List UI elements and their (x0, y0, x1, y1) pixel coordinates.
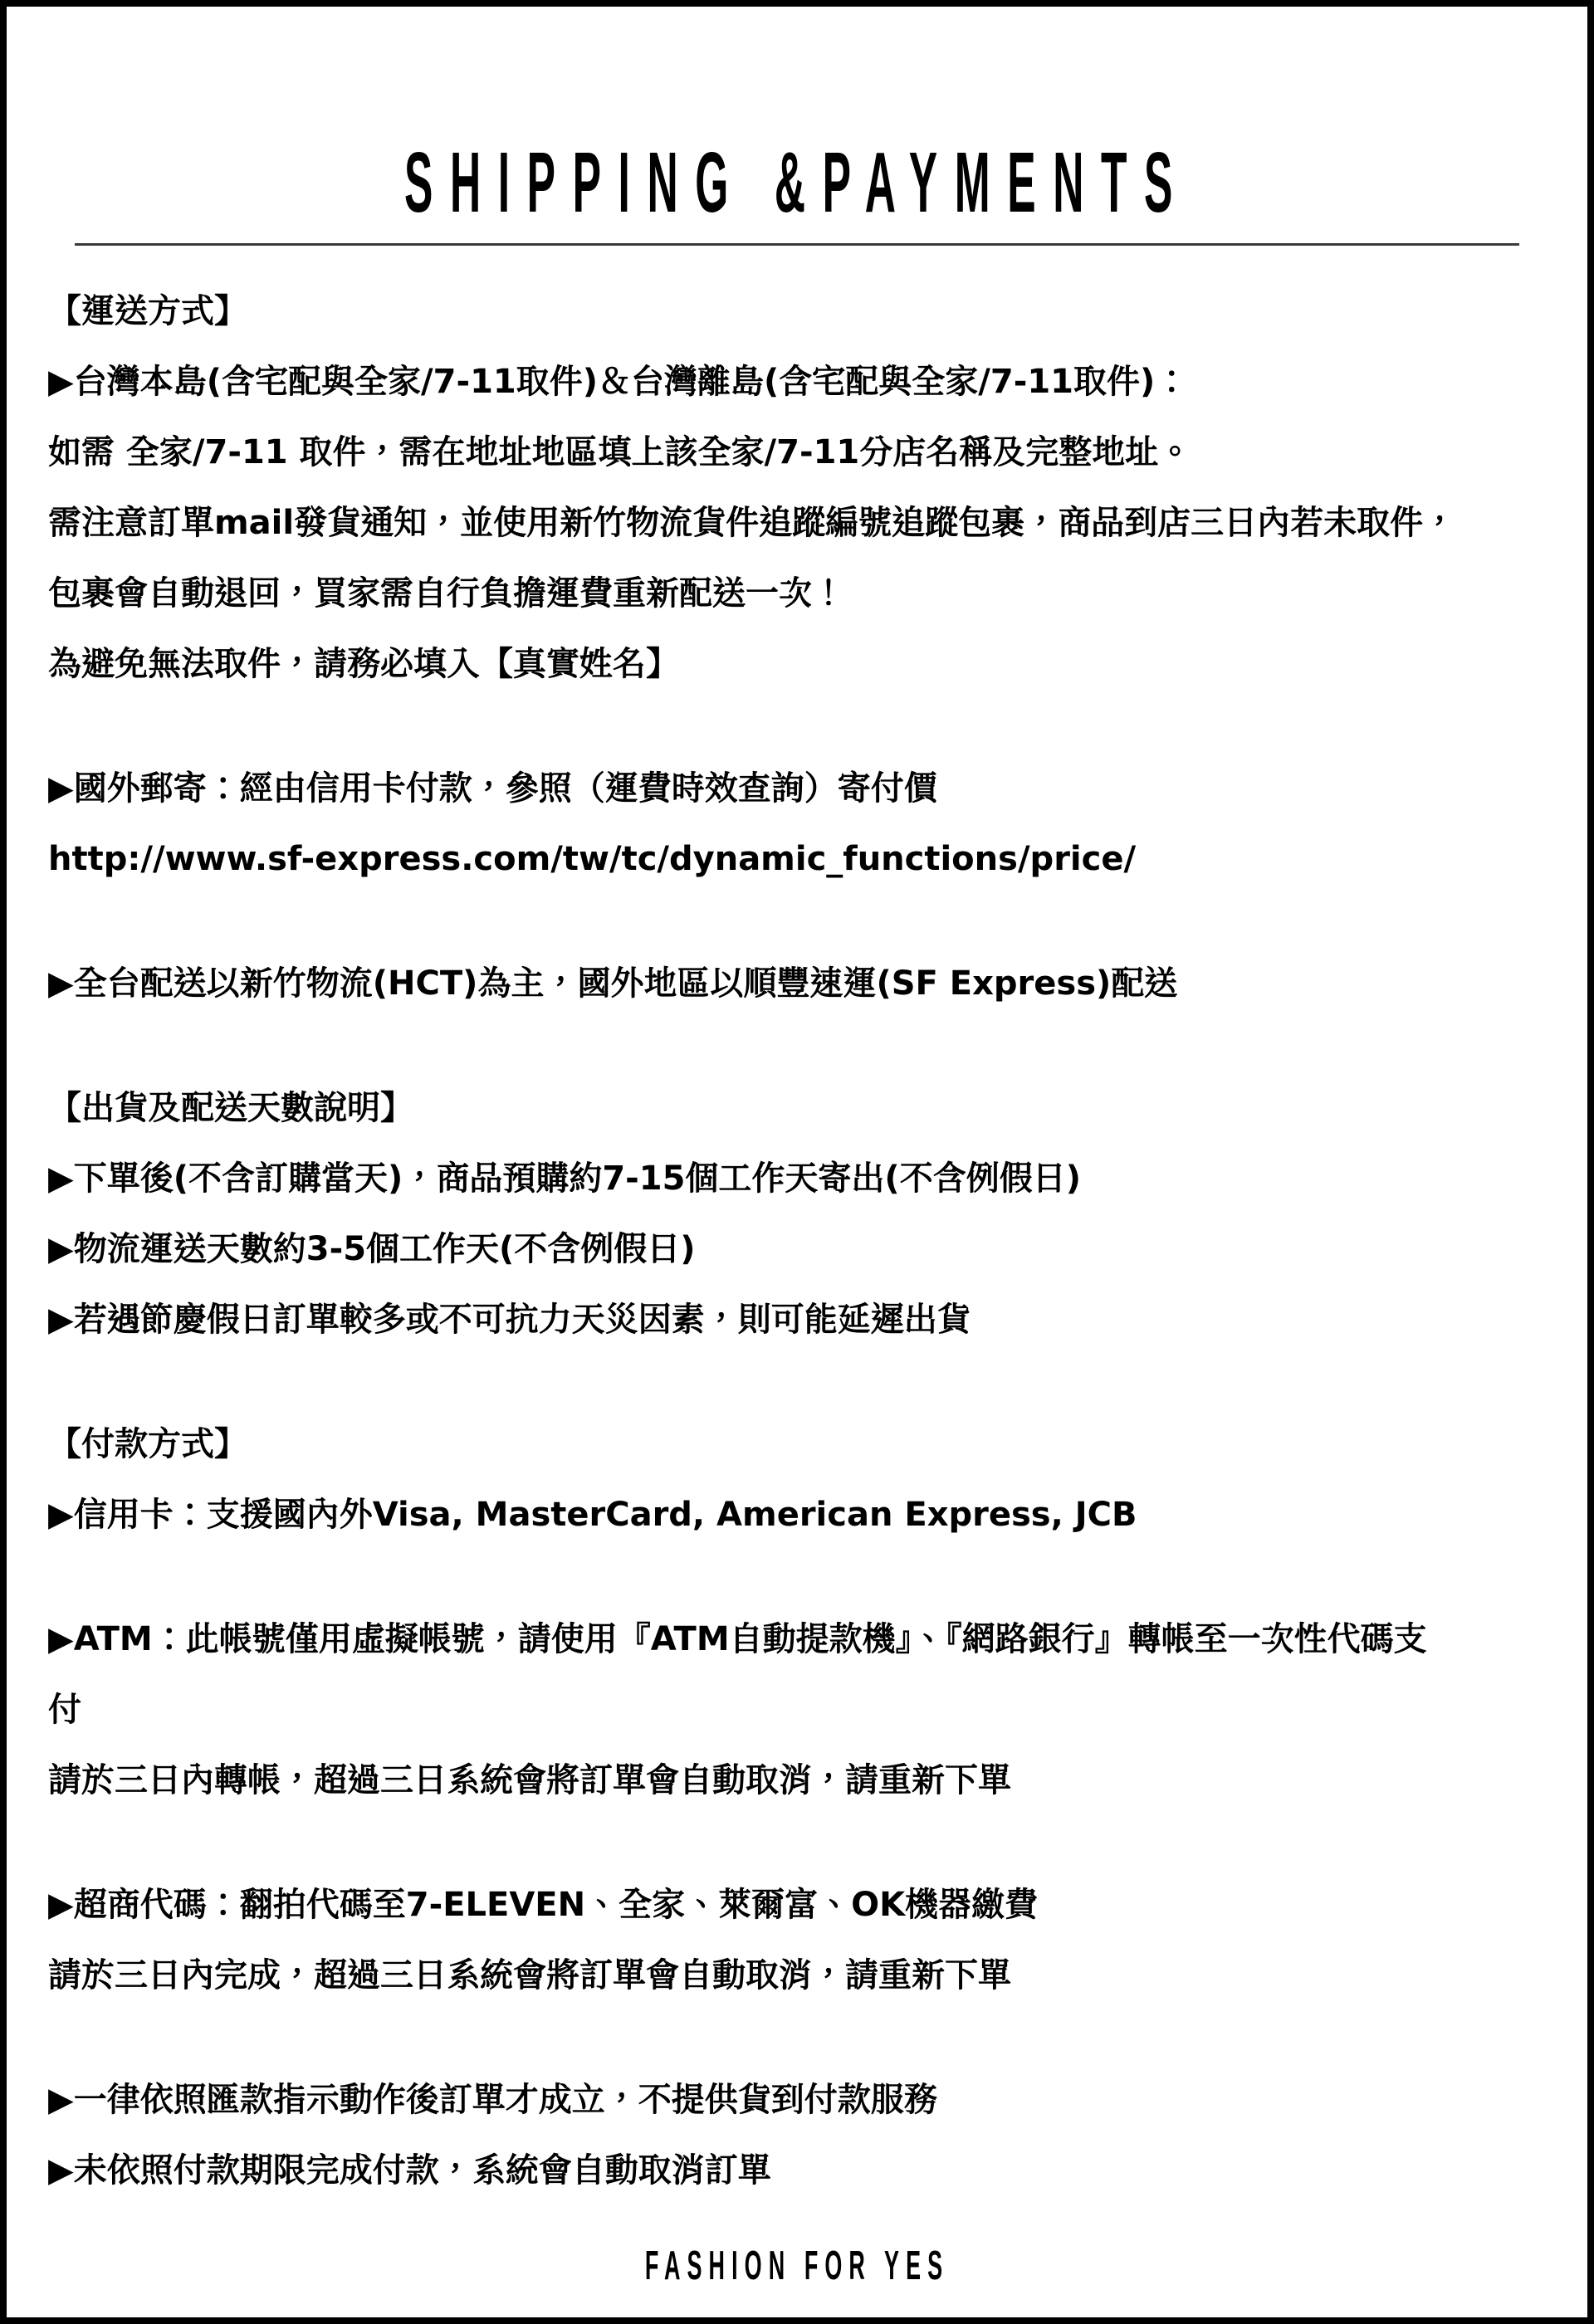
line-mail-tracking-note: 需注意訂單mail發貨通知，並使用新竹物流貨件追蹤編號追蹤包裹，商品到店三日內若… (48, 488, 1542, 559)
line-real-name-reminder: 為避免無法取件，請務必填入【真實姓名】 (48, 629, 1542, 700)
line-cvs-deadline: 請於三日內完成，超過三日系統會將訂單會自動取消，請重新下單 (48, 1941, 1542, 2011)
line-sf-express-url: http://www.sf-express.com/tw/tc/dynamic_… (48, 824, 1542, 895)
line-atm-transfer-deadline: 請於三日內轉帳，超過三日系統會將訂單會自動取消，請重新下單 (48, 1745, 1542, 1816)
title-bar: SHIPPING &PAYMENTS (7, 131, 1587, 234)
section-heading-shipping-method: 【運送方式】 (48, 276, 1542, 347)
notice-body: 【運送方式】 ▶台灣本島(含宅配與全家/7-11取件)＆台灣離島(含宅配與全家/… (7, 276, 1587, 2206)
line-taiwan-main-outlying-islands: ▶台灣本島(含宅配與全家/7-11取件)＆台灣離島(含宅配與全家/7-11取件)… (48, 347, 1542, 417)
line-atm-virtual-account: ▶ATM：此帳號僅用虛擬帳號，請使用『ATM自動提款機』、『網路銀行』轉帳至一次… (48, 1604, 1542, 1675)
section-shipping-method: 【運送方式】 ▶台灣本島(含宅配與全家/7-11取件)＆台灣離島(含宅配與全家/… (48, 276, 1542, 1019)
section-payment-methods: 【付款方式】 ▶信用卡：支援國內外Visa, MasterCard, Ameri… (48, 1409, 1542, 2206)
line-preorder-shipping-days: ▶下單後(不含訂購當天)，商品預購約7-15個工作天寄出(不含例假日) (48, 1144, 1542, 1214)
line-holiday-delay-note: ▶若遇節慶假日訂單較多或不可抗力天災因素，則可能延遲出貨 (48, 1285, 1542, 1355)
section-delivery-days: 【出貨及配送天數說明】 ▶下單後(不含訂購當天)，商品預購約7-15個工作天寄出… (48, 1073, 1542, 1355)
line-logistics-providers: ▶全台配送以新竹物流(HCT)為主，國外地區以順豐速運(SF Express)配… (48, 949, 1542, 1019)
line-credit-card: ▶信用卡：支援國內外Visa, MasterCard, American Exp… (48, 1480, 1542, 1550)
line-remittance-rule: ▶一律依照匯款指示動作後訂單才成立，不提供貨到付款服務 (48, 2065, 1542, 2136)
line-payment-deadline-cancel: ▶未依照付款期限完成付款，系統會自動取消訂單 (48, 2136, 1542, 2206)
line-package-return-note: 包裹會自動退回，買家需自行負擔運費重新配送一次！ (48, 559, 1542, 629)
shipping-payments-notice: SHIPPING &PAYMENTS 【運送方式】 ▶台灣本島(含宅配與全家/7… (0, 0, 1594, 2324)
section-heading-delivery-days: 【出貨及配送天數說明】 (48, 1073, 1542, 1144)
footer-bar: FASHION FOR YES (7, 2241, 1587, 2291)
line-atm-virtual-account-wrap: 付 (48, 1675, 1542, 1745)
line-cvs-code: ▶超商代碼：翻拍代碼至7-ELEVEN、全家、萊爾富、OK機器繳費 (48, 1870, 1542, 1941)
brand-footer-text: FASHION FOR YES (645, 2241, 949, 2291)
title-divider (75, 243, 1519, 246)
section-heading-payment-methods: 【付款方式】 (48, 1409, 1542, 1480)
line-overseas-shipping: ▶國外郵寄：經由信用卡付款，參照（運費時效查詢）寄付價 (48, 754, 1542, 824)
page-title: SHIPPING &PAYMENTS (404, 131, 1190, 234)
line-store-pickup-address-note: 如需 全家/7-11 取件，需在地址地區填上該全家/7-11分店名稱及完整地址。 (48, 417, 1542, 488)
line-logistics-days: ▶物流運送天數約3-5個工作天(不含例假日) (48, 1214, 1542, 1285)
